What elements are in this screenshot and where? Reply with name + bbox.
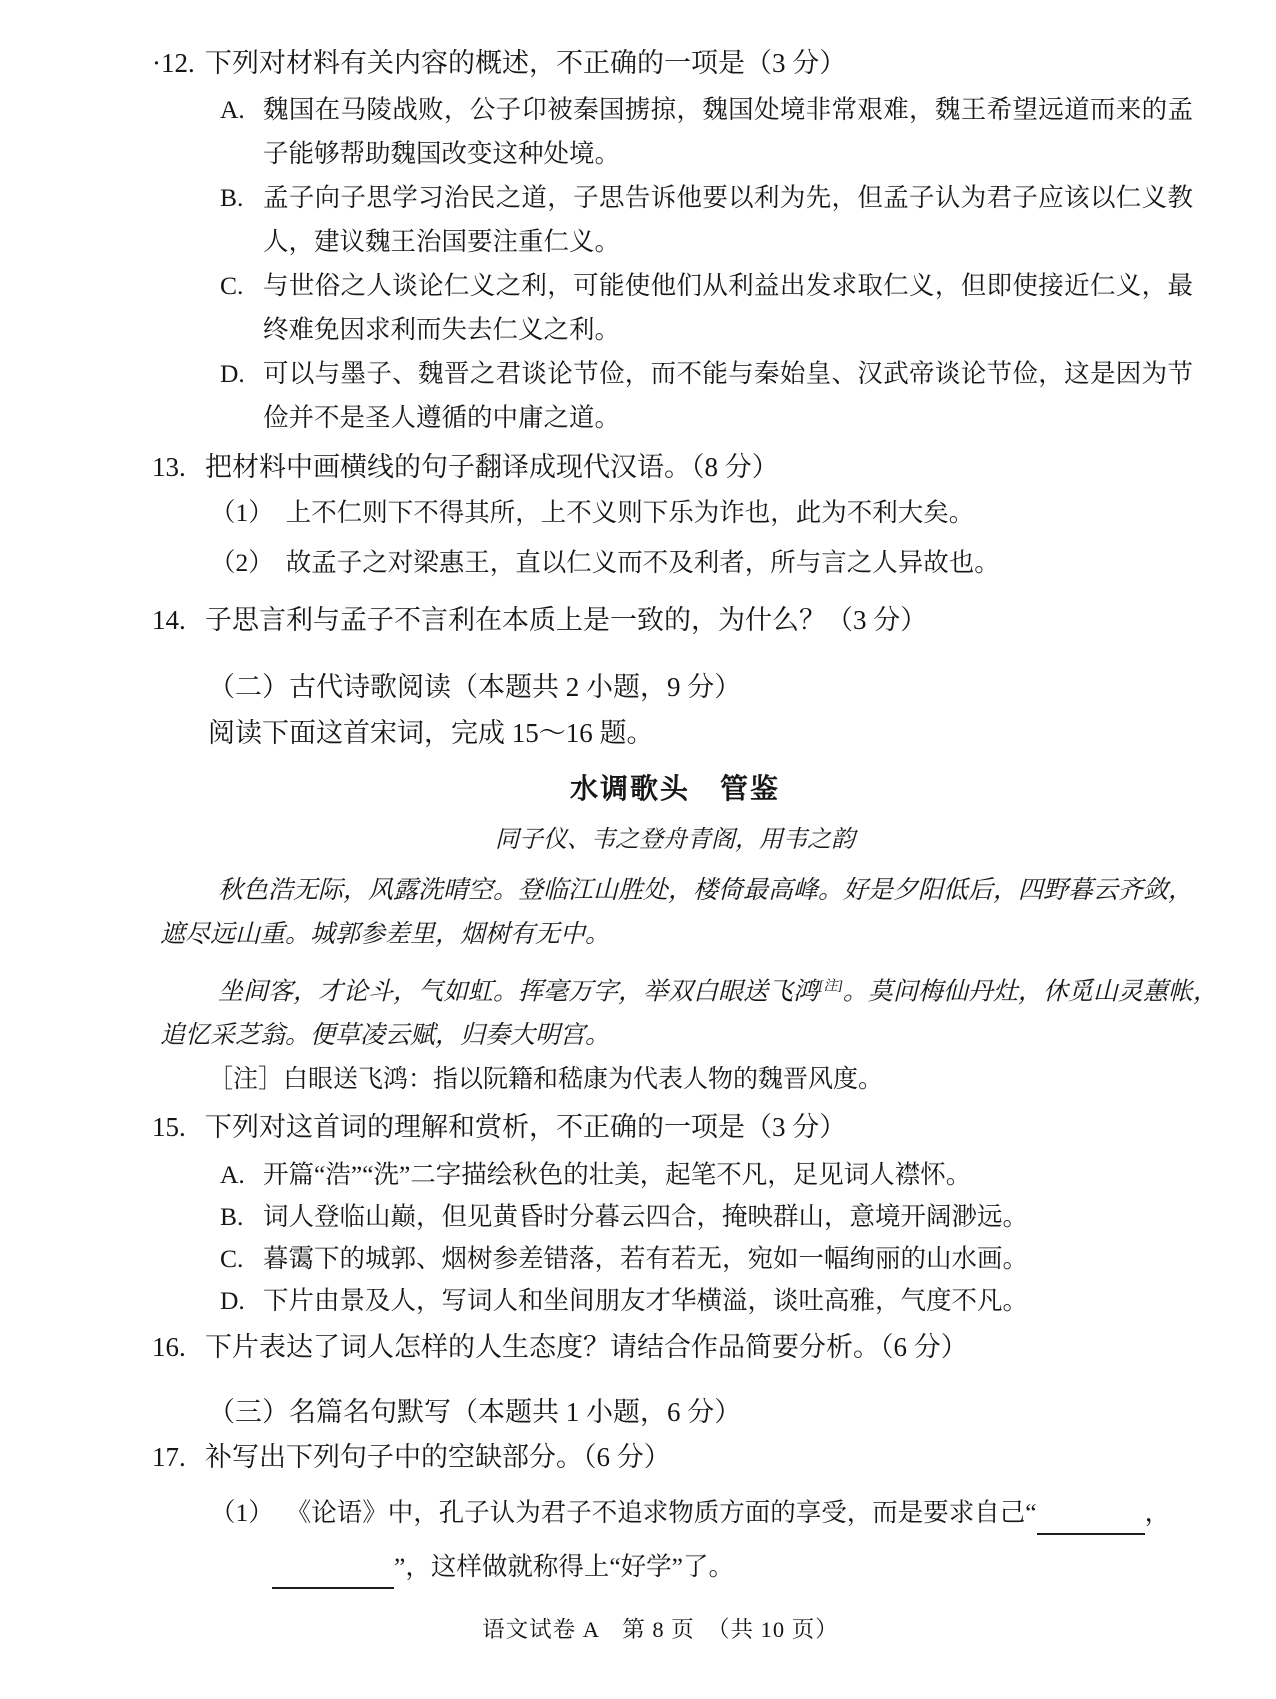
poem-subtitle: 同子仪、韦之登舟青阁，用韦之韵 bbox=[160, 818, 1190, 862]
question-17-item-1-comma: ， bbox=[1145, 1491, 1171, 1535]
option-label-15c: C. bbox=[220, 1238, 263, 1280]
question-15-number: 15. bbox=[152, 1105, 205, 1149]
question-14-stem: 子思言利与孟子不言利在本质上是一致的，为什么？（3 分） bbox=[205, 598, 927, 642]
question-13-number: 13. bbox=[152, 445, 205, 489]
exam-page: ·12. 下列对材料有关内容的概述，不正确的一项是（3 分） A. 魏国在马陵战… bbox=[0, 0, 1276, 1699]
question-15-options: A. 开篇“浩”“洗”二字描绘秋色的壮美，起笔不凡，足见词人襟怀。 B. 词人登… bbox=[220, 1154, 1028, 1322]
option-label-12c: C. bbox=[220, 264, 263, 352]
question-16-number: 16. bbox=[152, 1325, 205, 1369]
blank-underline-1 bbox=[1037, 1503, 1145, 1535]
poem-footnote: ［注］白眼送飞鸿：指以阮籍和嵇康为代表人物的魏晋风度。 bbox=[208, 1058, 883, 1102]
question-17-item-1-suffix: ”，这样做就称得上“好学”了。 bbox=[394, 1545, 734, 1589]
option-row-15a: A. 开篇“浩”“洗”二字描绘秋色的壮美，起笔不凡，足见词人襟怀。 bbox=[220, 1154, 1028, 1196]
poem-line: 追忆采芝翁。便草凌云赋，归奏大明宫。 bbox=[160, 1014, 1190, 1058]
option-row-15b: B. 词人登临山巅，但见黄昏时分暮云四合，掩映群山，意境开阔渺远。 bbox=[220, 1196, 1028, 1238]
question-12-stem: 下列对材料有关内容的概述，不正确的一项是（3 分） bbox=[205, 41, 846, 85]
question-17-stem-row: 17. 补写出下列句子中的空缺部分。（6 分） bbox=[152, 1435, 671, 1479]
question-12-number: ·12. bbox=[152, 41, 205, 85]
blank-underline-2 bbox=[272, 1557, 394, 1589]
option-text-12b: 孟子向子思学习治民之道，子思告诉他要以利为先，但孟子认为君子应该以仁义教人，建议… bbox=[263, 176, 1193, 264]
question-13-item-2: （2） 故孟子之对梁惠王，直以仁义而不及利者，所与言之人异故也。 bbox=[210, 541, 1000, 585]
section-2-intro: 阅读下面这首宋词，完成 15～16 题。 bbox=[208, 711, 654, 755]
poem-line-segment: 。莫问梅仙丹灶，休觅山灵蕙帐， bbox=[843, 978, 1218, 1005]
question-13-stem-row: 13. 把材料中画横线的句子翻译成现代汉语。（8 分） bbox=[152, 445, 779, 489]
section-2-header: （二）古代诗歌阅读（本题共 2 小题，9 分） bbox=[208, 665, 741, 709]
question-13-item-1-label: （1） bbox=[210, 491, 274, 535]
option-label-12b: B. bbox=[220, 176, 263, 264]
question-17-item-1-line-2: ”，这样做就称得上“好学”了。 bbox=[272, 1545, 734, 1589]
question-16-stem: 下片表达了词人怎样的人生态度？请结合作品简要分析。（6 分） bbox=[205, 1325, 968, 1369]
question-13-item-1-text: 上不仁则下不得其所，上不义则下乐为诈也，此为不利大矣。 bbox=[286, 491, 975, 535]
poem-line-segment: 坐间客，才论斗，气如虹。挥毫万字，举双白眼送飞鸿 bbox=[218, 978, 818, 1005]
question-17-number: 17. bbox=[152, 1435, 205, 1479]
question-13-item-2-label: （2） bbox=[210, 541, 274, 585]
option-text-15d: 下片由景及人，写词人和坐间朋友才华横溢，谈吐高雅，气度不凡。 bbox=[263, 1280, 1028, 1322]
question-17-item-1-label: （1） bbox=[210, 1491, 274, 1535]
footnote-ref: [注] bbox=[818, 979, 843, 994]
question-14-number: 14. bbox=[152, 598, 205, 642]
question-13-stem: 把材料中画横线的句子翻译成现代汉语。（8 分） bbox=[205, 445, 779, 489]
poem-title: 水调歌头 管鉴 bbox=[160, 768, 1190, 812]
option-row-12c: C. 与世俗之人谈论仁义之利，可能使他们从利益出发求取仁义，但即使接近仁义，最终… bbox=[220, 264, 1193, 352]
option-text-12a: 魏国在马陵战败，公子卬被秦国掳掠，魏国处境非常艰难，魏王希望远道而来的孟子能够帮… bbox=[263, 88, 1193, 176]
question-17-stem: 补写出下列句子中的空缺部分。（6 分） bbox=[205, 1435, 671, 1479]
question-16-stem-row: 16. 下片表达了词人怎样的人生态度？请结合作品简要分析。（6 分） bbox=[152, 1325, 968, 1369]
option-text-15c: 暮霭下的城郭、烟树参差错落，若有若无，宛如一幅绚丽的山水画。 bbox=[263, 1238, 1028, 1280]
question-14-stem-row: 14. 子思言利与孟子不言利在本质上是一致的，为什么？（3 分） bbox=[152, 598, 927, 642]
option-row-12b: B. 孟子向子思学习治民之道，子思告诉他要以利为先，但孟子认为君子应该以仁义教人… bbox=[220, 176, 1193, 264]
question-15-stem: 下列对这首词的理解和赏析，不正确的一项是（3 分） bbox=[205, 1105, 846, 1149]
option-row-15c: C. 暮霭下的城郭、烟树参差错落，若有若无，宛如一幅绚丽的山水画。 bbox=[220, 1238, 1028, 1280]
question-12-stem-row: ·12. 下列对材料有关内容的概述，不正确的一项是（3 分） bbox=[152, 41, 846, 85]
option-text-15b: 词人登临山巅，但见黄昏时分暮云四合，掩映群山，意境开阔渺远。 bbox=[263, 1196, 1028, 1238]
poem-line: 秋色浩无际，风露洗晴空。登临江山胜处，楼倚最高峰。好是夕阳低后，四野暮云齐敛， bbox=[160, 869, 1190, 913]
option-label-12d: D. bbox=[220, 352, 263, 440]
poem-stanza-1: 秋色浩无际，风露洗晴空。登临江山胜处，楼倚最高峰。好是夕阳低后，四野暮云齐敛， … bbox=[160, 869, 1190, 957]
option-text-15a: 开篇“浩”“洗”二字描绘秋色的壮美，起笔不凡，足见词人襟怀。 bbox=[263, 1154, 971, 1196]
option-label-15d: D. bbox=[220, 1280, 263, 1322]
poem-line: 遮尽远山重。城郭参差里，烟树有无中。 bbox=[160, 913, 1190, 957]
option-label-12a: A. bbox=[220, 88, 263, 176]
option-text-12c: 与世俗之人谈论仁义之利，可能使他们从利益出发求取仁义，但即使接近仁义，最终难免因… bbox=[263, 264, 1193, 352]
question-17-item-1-prefix: 《论语》中，孔子认为君子不追求物质方面的享受，而是要求自己“ bbox=[286, 1491, 1037, 1535]
poem-line: 坐间客，才论斗，气如虹。挥毫万字，举双白眼送飞鸿[注]。莫问梅仙丹灶，休觅山灵蕙… bbox=[160, 965, 1190, 1014]
question-17-item-1-line-1: （1） 《论语》中，孔子认为君子不追求物质方面的享受，而是要求自己“ ， bbox=[210, 1491, 1170, 1535]
option-row-15d: D. 下片由景及人，写词人和坐间朋友才华横溢，谈吐高雅，气度不凡。 bbox=[220, 1280, 1028, 1322]
question-13-item-1: （1） 上不仁则下不得其所，上不义则下乐为诈也，此为不利大矣。 bbox=[210, 491, 974, 535]
page-footer: 语文试卷 A 第 8 页 （共 10 页） bbox=[0, 1610, 1276, 1650]
poem-stanza-2: 坐间客，才论斗，气如虹。挥毫万字，举双白眼送飞鸿[注]。莫问梅仙丹灶，休觅山灵蕙… bbox=[160, 965, 1190, 1058]
option-row-12a: A. 魏国在马陵战败，公子卬被秦国掳掠，魏国处境非常艰难，魏王希望远道而来的孟子… bbox=[220, 88, 1193, 176]
question-13-item-2-text: 故孟子之对梁惠王，直以仁义而不及利者，所与言之人异故也。 bbox=[286, 541, 1000, 585]
option-row-12d: D. 可以与墨子、魏晋之君谈论节俭，而不能与秦始皇、汉武帝谈论节俭，这是因为节俭… bbox=[220, 352, 1193, 440]
option-label-15a: A. bbox=[220, 1154, 263, 1196]
option-text-12d: 可以与墨子、魏晋之君谈论节俭，而不能与秦始皇、汉武帝谈论节俭，这是因为节俭并不是… bbox=[263, 352, 1193, 440]
section-3-header: （三）名篇名句默写（本题共 1 小题，6 分） bbox=[208, 1390, 741, 1434]
question-12-options: A. 魏国在马陵战败，公子卬被秦国掳掠，魏国处境非常艰难，魏王希望远道而来的孟子… bbox=[220, 88, 1193, 440]
question-15-stem-row: 15. 下列对这首词的理解和赏析，不正确的一项是（3 分） bbox=[152, 1105, 846, 1149]
option-label-15b: B. bbox=[220, 1196, 263, 1238]
